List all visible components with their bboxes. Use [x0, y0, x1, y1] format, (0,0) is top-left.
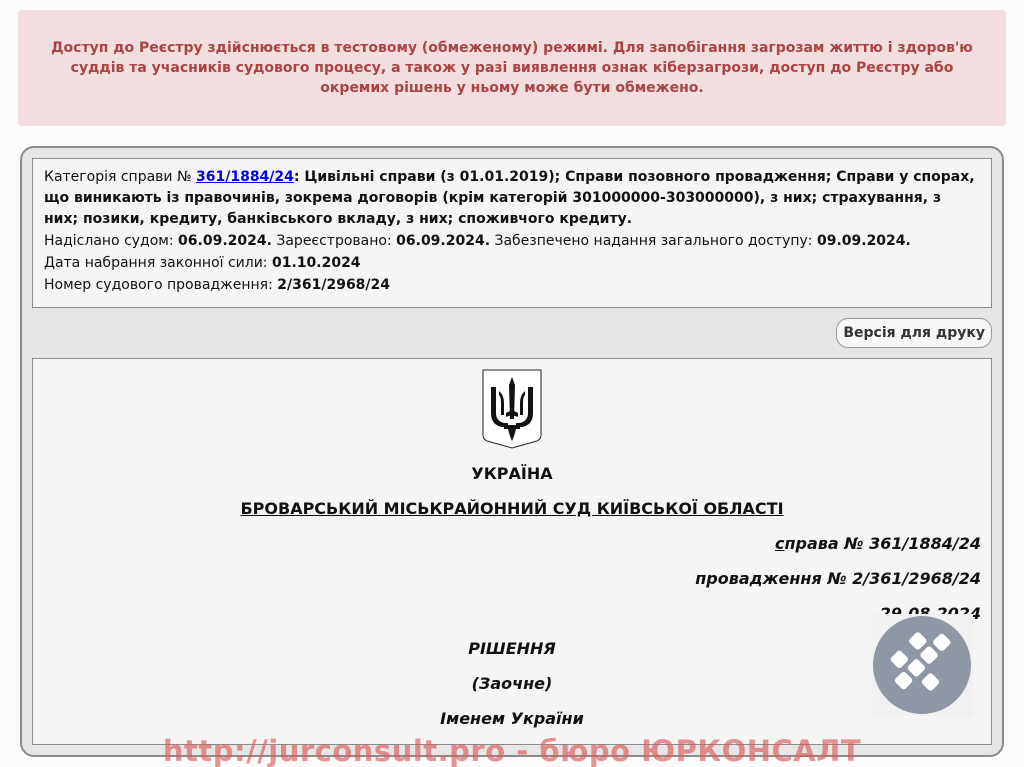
- decision-document: УКРАЇНА БРОВАРСЬКИЙ МІСЬКРАЙОННИЙ СУД КИ…: [32, 358, 992, 745]
- case-dates: Надіслано судом: 06.09.2024. Зареєстрова…: [44, 231, 980, 252]
- case-number-link[interactable]: 361/1884/24: [196, 169, 294, 185]
- access-warning-alert: Доступ до Реєстру здійснюється в тестово…: [18, 10, 1006, 126]
- case-info-panel: Категорія справи № 361/1884/24: Цивільні…: [32, 158, 992, 308]
- case-number: справа № 361/1884/24: [775, 534, 981, 553]
- decision-title: РІШЕННЯ: [33, 639, 991, 658]
- court-name: БРОВАРСЬКИЙ МІСЬКРАЙОННИЙ СУД КИЇВСЬКОЇ …: [33, 499, 991, 518]
- sent-date: 06.09.2024.: [178, 233, 272, 249]
- effective-date: 01.10.2024: [272, 255, 361, 271]
- case-category: Категорія справи № 361/1884/24: Цивільні…: [44, 167, 980, 230]
- decision-container: Категорія справи № 361/1884/24: Цивільні…: [20, 146, 1004, 757]
- coat-of-arms-icon: [482, 369, 542, 449]
- proceeding-number-line: Номер судового провадження: 2/361/2968/2…: [44, 275, 980, 296]
- alert-text: Доступ до Реєстру здійснюється в тестово…: [34, 38, 990, 98]
- decision-subtitle: (Заочне): [33, 674, 991, 693]
- country-heading: УКРАЇНА: [33, 464, 991, 483]
- access-date: 09.09.2024.: [817, 233, 911, 249]
- puzzle-logo-icon: [871, 614, 973, 716]
- proceeding-number: провадження № 2/361/2968/24: [695, 569, 981, 588]
- registered-date: 06.09.2024.: [396, 233, 490, 249]
- effective-date-line: Дата набрання законної сили: 01.10.2024: [44, 253, 980, 274]
- proceeding-number: 2/361/2968/24: [277, 277, 390, 293]
- print-version-button[interactable]: Версія для друку: [836, 318, 992, 348]
- in-name-of-ukraine: Іменем України: [33, 709, 991, 728]
